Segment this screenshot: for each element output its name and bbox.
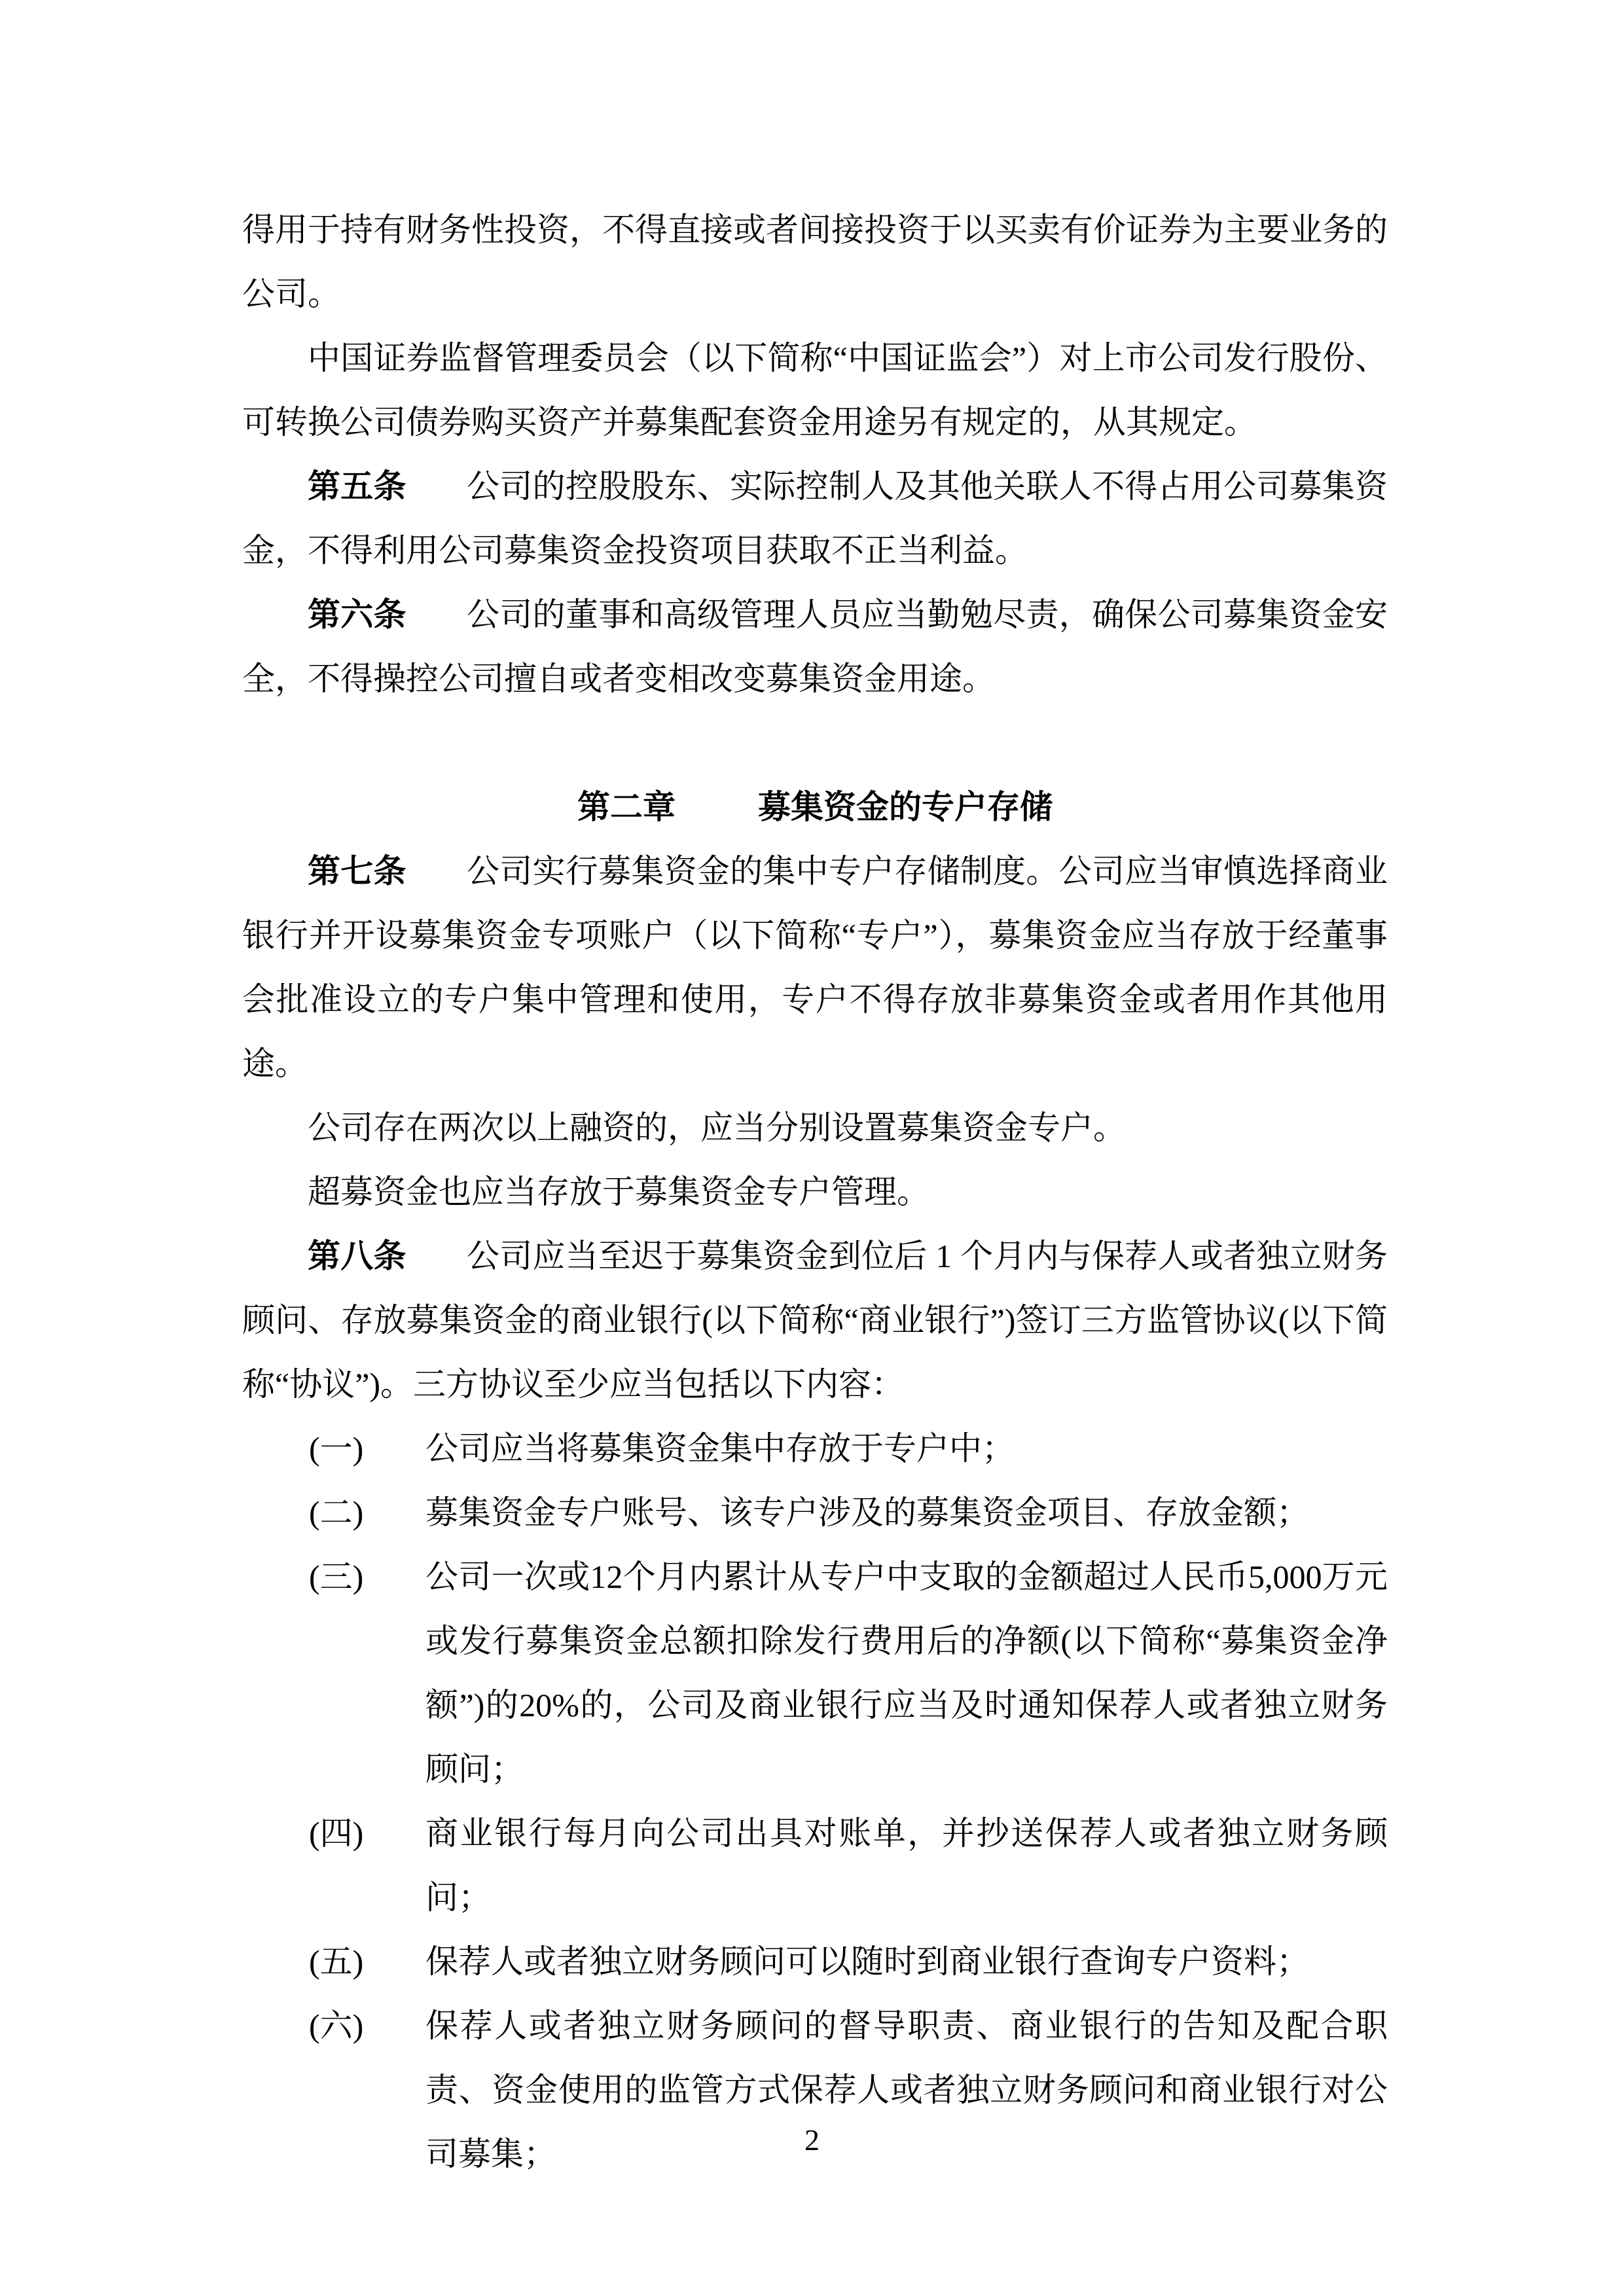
page-number: 2 [0, 2119, 1624, 2161]
list-item: (二)募集资金专户账号、该专户涉及的募集资金项目、存放金额； [309, 1480, 1388, 1545]
paragraph: 中国证券监督管理委员会（以下简称“中国证监会”）对上市公司发行股份、可转换公司债… [242, 326, 1388, 454]
article-paragraph: 第五条公司的控股股东、实际控制人及其他关联人不得占用公司募集资金，不得利用公司募… [242, 454, 1388, 583]
article-number: 第七条 [308, 853, 406, 889]
item-number: (三) [309, 1545, 425, 1801]
chapter-number: 第二章 [577, 789, 676, 825]
document-page: 得用于持有财务性投资，不得直接或者间接投资于以买卖有价证券为主要业务的公司。中国… [0, 0, 1624, 2296]
list-item: (一)公司应当将募集资金集中存放于专户中； [309, 1416, 1388, 1480]
article-paragraph: 第六条公司的董事和高级管理人员应当勤勉尽责，确保公司募集资金安全，不得操控公司擅… [242, 583, 1388, 711]
item-text: 募集资金专户账号、该专户涉及的募集资金项目、存放金额； [425, 1480, 1388, 1545]
item-text: 公司应当将募集资金集中存放于专户中； [425, 1416, 1388, 1480]
chapter-title: 募集资金的专户存储 [758, 789, 1053, 825]
item-number: (二) [309, 1480, 425, 1545]
list-item: (五)保荐人或者独立财务顾问可以随时到商业银行查询专户资料； [309, 1929, 1388, 1994]
article-paragraph: 第七条公司实行募集资金的集中专户存储制度。公司应当审慎选择商业银行并开设募集资金… [242, 839, 1388, 1096]
item-text: 商业银行每月向公司出具对账单，并抄送保荐人或者独立财务顾问； [425, 1801, 1388, 1929]
list-item: (三)公司一次或12个月内累计从专户中支取的金额超过人民币5,000万元或发行募… [309, 1545, 1388, 1801]
paragraph-text: 公司存在两次以上融资的，应当分别设置募集资金专户。 [308, 1109, 1126, 1146]
paragraph: 公司存在两次以上融资的，应当分别设置募集资金专户。 [242, 1096, 1388, 1160]
item-number: (一) [309, 1416, 425, 1480]
paragraph-text: 中国证券监督管理委员会（以下简称“中国证监会”）对上市公司发行股份、可转换公司债… [242, 340, 1388, 440]
article-paragraph: 第八条公司应当至迟于募集资金到位后 1 个月内与保荐人或者独立财务顾问、存放募集… [242, 1224, 1388, 1416]
item-number: (四) [309, 1801, 425, 1929]
article-text: 公司的控股股东、实际控制人及其他关联人不得占用公司募集资金，不得利用公司募集资金… [242, 468, 1388, 569]
article-number: 第六条 [308, 596, 406, 633]
paragraph: 超募资金也应当存放于募集资金专户管理。 [242, 1160, 1388, 1224]
paragraph: 得用于持有财务性投资，不得直接或者间接投资于以买卖有价证券为主要业务的公司。 [242, 198, 1388, 326]
chapter-heading: 第二章募集资金的专户存储 [242, 775, 1388, 839]
article-number: 第八条 [308, 1238, 406, 1274]
paragraph-text: 得用于持有财务性投资，不得直接或者间接投资于以买卖有价证券为主要业务的公司。 [242, 211, 1388, 312]
item-text: 公司一次或12个月内累计从专户中支取的金额超过人民币5,000万元或发行募集资金… [425, 1545, 1388, 1801]
article-text: 公司实行募集资金的集中专户存储制度。公司应当审慎选择商业银行并开设募集资金专项账… [242, 853, 1388, 1082]
article-number: 第五条 [308, 468, 406, 505]
article-text: 公司的董事和高级管理人员应当勤勉尽责，确保公司募集资金安全，不得操控公司擅自或者… [242, 596, 1388, 697]
item-text: 保荐人或者独立财务顾问可以随时到商业银行查询专户资料； [425, 1929, 1388, 1994]
list-item: (四)商业银行每月向公司出具对账单，并抄送保荐人或者独立财务顾问； [309, 1801, 1388, 1929]
document-body: 得用于持有财务性投资，不得直接或者间接投资于以买卖有价证券为主要业务的公司。中国… [242, 198, 1388, 2186]
item-number: (五) [309, 1929, 425, 1994]
article-text: 公司应当至迟于募集资金到位后 1 个月内与保荐人或者独立财务顾问、存放募集资金的… [242, 1238, 1388, 1403]
paragraph-text: 超募资金也应当存放于募集资金专户管理。 [308, 1174, 929, 1210]
